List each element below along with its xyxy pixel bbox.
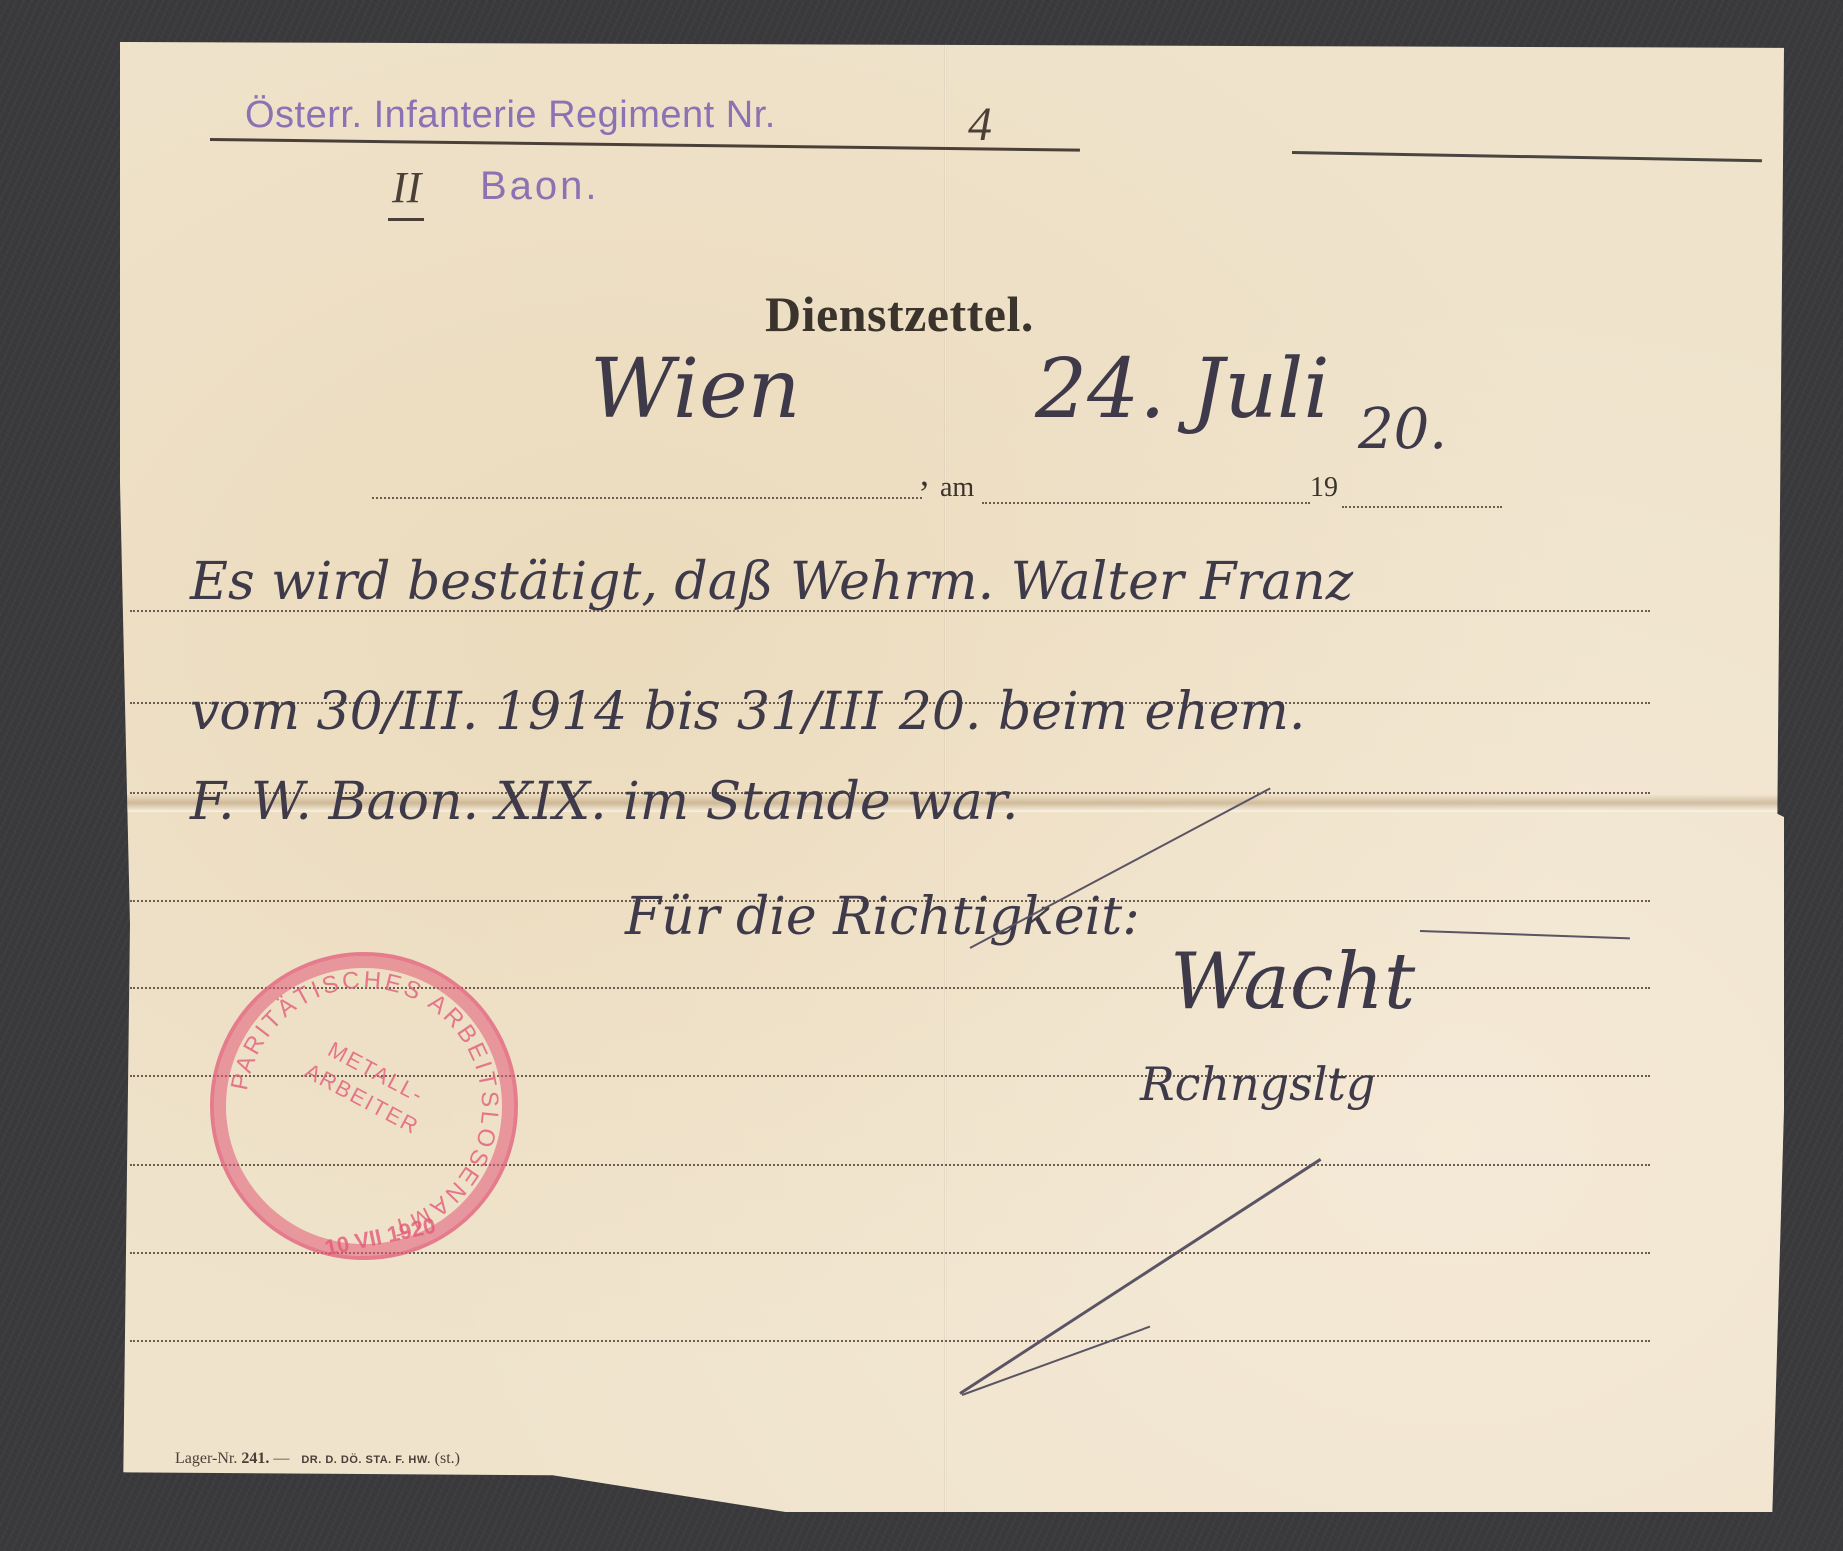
footer-imprint: Lager-Nr. 241. — DR. D. DÖ. STA. F. HW. …: [175, 1450, 460, 1468]
signature-title: Rchngsltg: [1140, 1057, 1375, 1111]
footer-suffix: (st.): [435, 1450, 460, 1467]
year-dotted-line: [1342, 506, 1502, 508]
lager-number: 241.: [241, 1450, 269, 1467]
office-stamp: PARITÄTISCHES ARBEITSLOSENAMT METALL- AR…: [210, 952, 518, 1260]
battalion-stamp: Baon.: [480, 164, 600, 209]
body-line-2: vom 30/III. 1914 bis 31/III 20. beim ehe…: [190, 682, 1305, 742]
battalion-underline: [388, 218, 424, 221]
footer-dash: —: [273, 1450, 289, 1467]
certification-text: Für die Richtigkeit:: [625, 887, 1140, 947]
body-line-3: F. W. Baon. XIX. im Stande war.: [190, 772, 1018, 832]
comma: ,: [920, 452, 929, 494]
body-line-1: Es wird bestätigt, daß Wehrm. Walter Fra…: [190, 552, 1353, 612]
signature-name: Wacht: [1170, 937, 1415, 1027]
document-paper: Österr. Infanterie Regiment Nr. 4 II Bao…: [120, 42, 1784, 1512]
signature-flourish-stroke: [962, 1326, 1151, 1396]
date-handwritten: 24. Juli: [1035, 342, 1330, 437]
header-rule: [1292, 151, 1762, 162]
strike-through-line: [210, 138, 1080, 152]
year-prefix: 19: [1310, 472, 1338, 504]
ruled-line: [130, 1340, 1650, 1342]
printer-code: DR. D. DÖ. STA. F. HW.: [301, 1454, 430, 1466]
signature-flourish-stroke: [959, 1158, 1321, 1395]
battalion-number: II: [392, 162, 421, 213]
lager-label: Lager-Nr.: [175, 1450, 237, 1467]
document-title: Dienstzettel.: [765, 285, 1034, 343]
regiment-number: 4: [968, 97, 992, 152]
place-handwritten: Wien: [590, 342, 800, 437]
place-dotted-line: [372, 497, 922, 499]
regiment-stamp: Österr. Infanterie Regiment Nr.: [245, 94, 776, 137]
signature-cross-stroke: [1420, 930, 1630, 939]
date-dotted-line: [982, 502, 1310, 504]
am-label: am: [940, 472, 974, 504]
year-suffix: 20.: [1358, 397, 1447, 462]
